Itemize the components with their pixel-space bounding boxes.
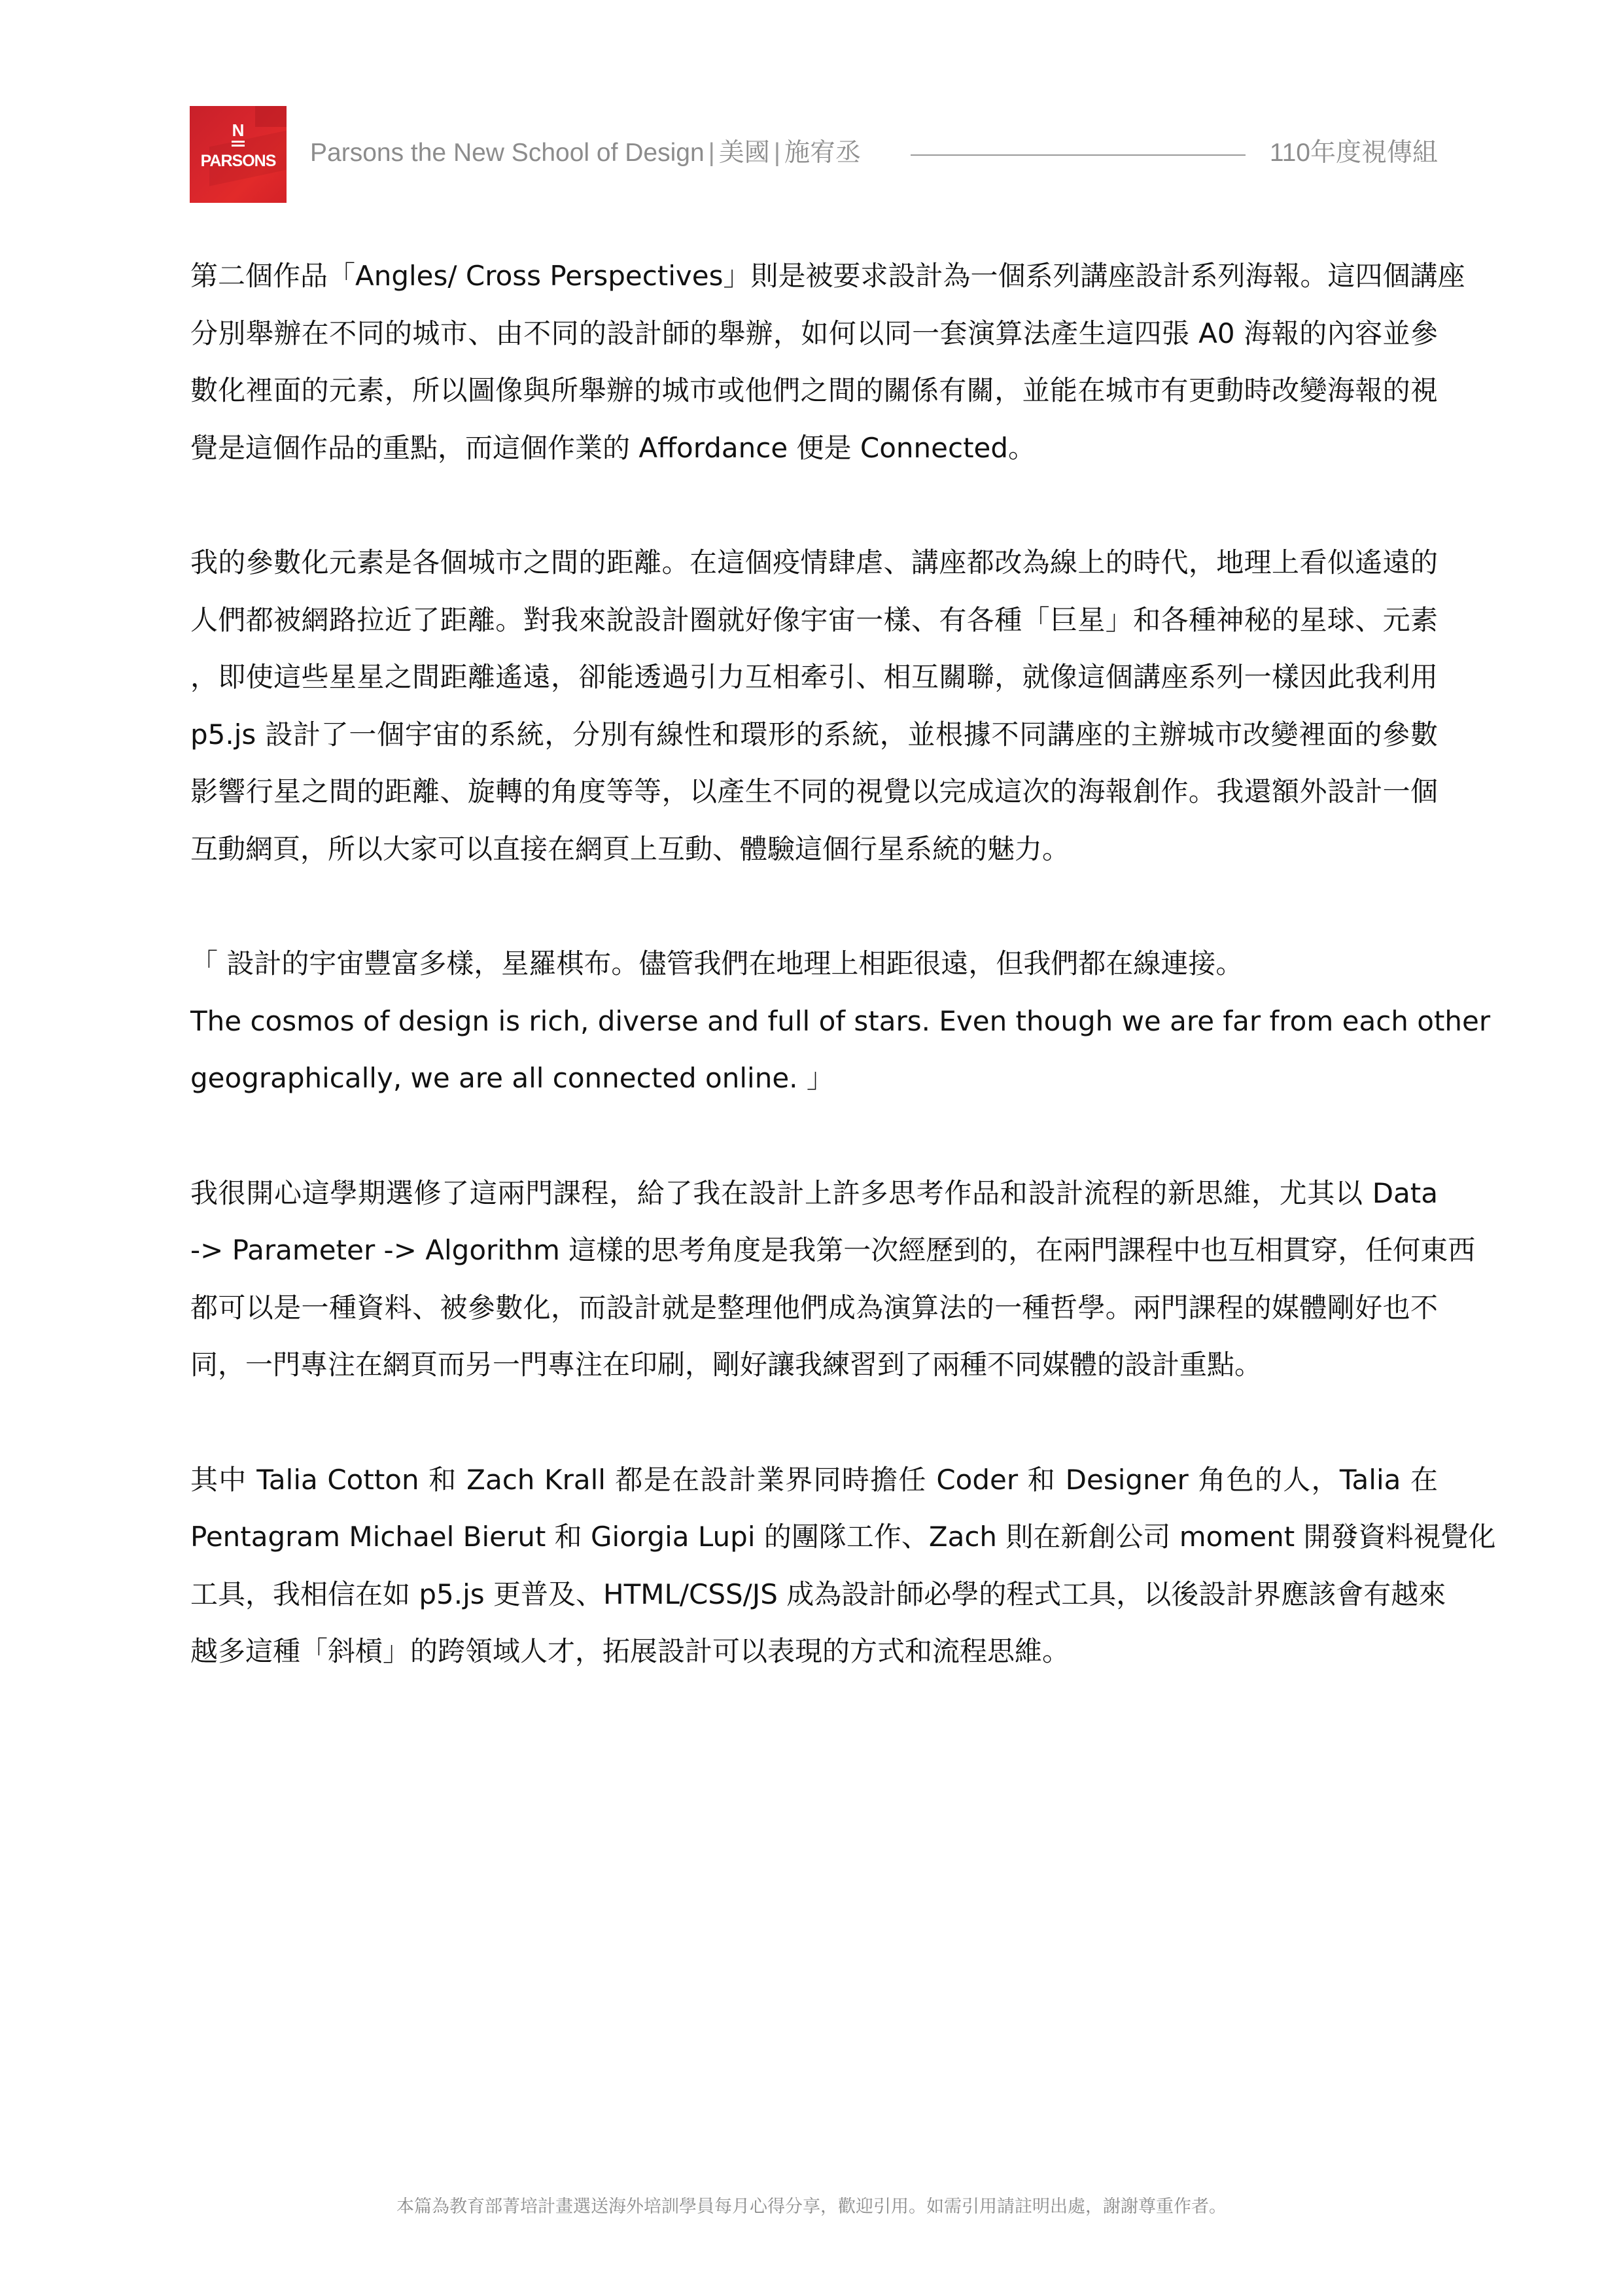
school-name: Parsons the New School of Design <box>310 139 705 167</box>
author-name: 施宥丞 <box>784 139 861 167</box>
parsons-logo: N PARSONS <box>190 106 287 203</box>
text-line: 我很開心這學期選修了這兩門課程，給了我在設計上許多思考作品和設計流程的新思維，尤… <box>190 1165 1438 1222</box>
text-line: 人們都被網路拉近了距離。對我來說設計圈就好像宇宙一樣、有各種「巨星」和各種神秘的… <box>190 592 1438 649</box>
quote-line-en: The cosmos of design is rich, diverse an… <box>190 993 1438 1050</box>
text-line: 第二個作品「Angles/ Cross Perspectives」則是被要求設計… <box>190 247 1438 305</box>
logo-bars-icon <box>232 141 245 149</box>
text-line: 我的參數化元素是各個城市之間的距離。在這個疫情肆虐、講座都改為線上的時代，地理上… <box>190 534 1438 592</box>
header-separator: | <box>708 139 715 167</box>
paragraph-2: 我的參數化元素是各個城市之間的距離。在這個疫情肆虐、講座都改為線上的時代，地理上… <box>190 534 1438 877</box>
header-title: Parsons the New School of Design|美國|施宥丞 <box>310 137 861 169</box>
text-line: 影響行星之間的距離、旋轉的角度等等，以產生不同的視覺以完成這次的海報創作。我還額… <box>190 763 1438 821</box>
text-line: 分別舉辦在不同的城市、由不同的設計師的舉辦，如何以同一套演算法產生這四張 A0 … <box>190 305 1438 362</box>
text-line: 同，一門專注在網頁而另一門專注在印刷，剛好讓我練習到了兩種不同媒體的設計重點。 <box>190 1336 1438 1394</box>
text-line: 數化裡面的元素，所以圖像與所舉辦的城市或他們之間的關係有關，並能在城市有更動時改… <box>190 362 1438 419</box>
footer-note: 本篇為教育部菁培計畫選送海外培訓學員每月心得分享，歡迎引用。如需引用請註明出處，… <box>0 2192 1623 2217</box>
logo-mark: N <box>190 122 287 139</box>
paragraph-4: 我很開心這學期選修了這兩門課程，給了我在設計上許多思考作品和設計流程的新思維，尤… <box>190 1165 1438 1394</box>
header-separator: | <box>774 139 780 167</box>
article-body: 第二個作品「Angles/ Cross Perspectives」則是被要求設計… <box>190 247 1438 1738</box>
text-line: ，即使這些星星之間距離遙遠，卻能透過引力互相牽引、相互關聯，就像這個講座系列一樣… <box>190 648 1438 706</box>
text-line: 工具，我相信在如 p5.js 更普及、HTML/CSS/JS 成為設計師必學的程… <box>190 1566 1438 1623</box>
text-line: Pentagram Michael Bierut 和 Giorgia Lupi … <box>190 1508 1438 1566</box>
text-line: 都可以是一種資料、被參數化，而設計就是整理他們成為演算法的一種哲學。兩門課程的媒… <box>190 1279 1438 1337</box>
paragraph-1: 第二個作品「Angles/ Cross Perspectives」則是被要求設計… <box>190 247 1438 476</box>
quote-paragraph: 「 設計的宇宙豐富多樣，星羅棋布。儘管我們在地理上相距很遠，但我們都在線連接。 … <box>190 935 1438 1107</box>
quote-line-zh: 「 設計的宇宙豐富多樣，星羅棋布。儘管我們在地理上相距很遠，但我們都在線連接。 <box>190 935 1438 993</box>
paragraph-5: 其中 Talia Cotton 和 Zach Krall 都是在設計業界同時擔任… <box>190 1451 1438 1680</box>
header-divider <box>911 154 1246 156</box>
text-line: 越多這種「斜槓」的跨領域人才，拓展設計可以表現的方式和流程思維。 <box>190 1623 1438 1680</box>
country: 美國 <box>719 139 770 167</box>
program-label: 110年度視傳組 <box>1270 137 1438 169</box>
quote-line-en: geographically, we are all connected onl… <box>190 1050 1438 1107</box>
logo-wordmark: PARSONS <box>190 152 287 171</box>
text-line: -> Parameter -> Algorithm 這樣的思考角度是我第一次經歷… <box>190 1222 1438 1279</box>
text-line: p5.js 設計了一個宇宙的系統，分別有線性和環形的系統，並根據不同講座的主辦城… <box>190 706 1438 764</box>
text-line: 其中 Talia Cotton 和 Zach Krall 都是在設計業界同時擔任… <box>190 1451 1438 1509</box>
text-line: 覺是這個作品的重點，而這個作業的 Affordance 便是 Connected… <box>190 419 1438 477</box>
text-line: 互動網頁，所以大家可以直接在網頁上互動、體驗這個行星系統的魅力。 <box>190 821 1438 878</box>
